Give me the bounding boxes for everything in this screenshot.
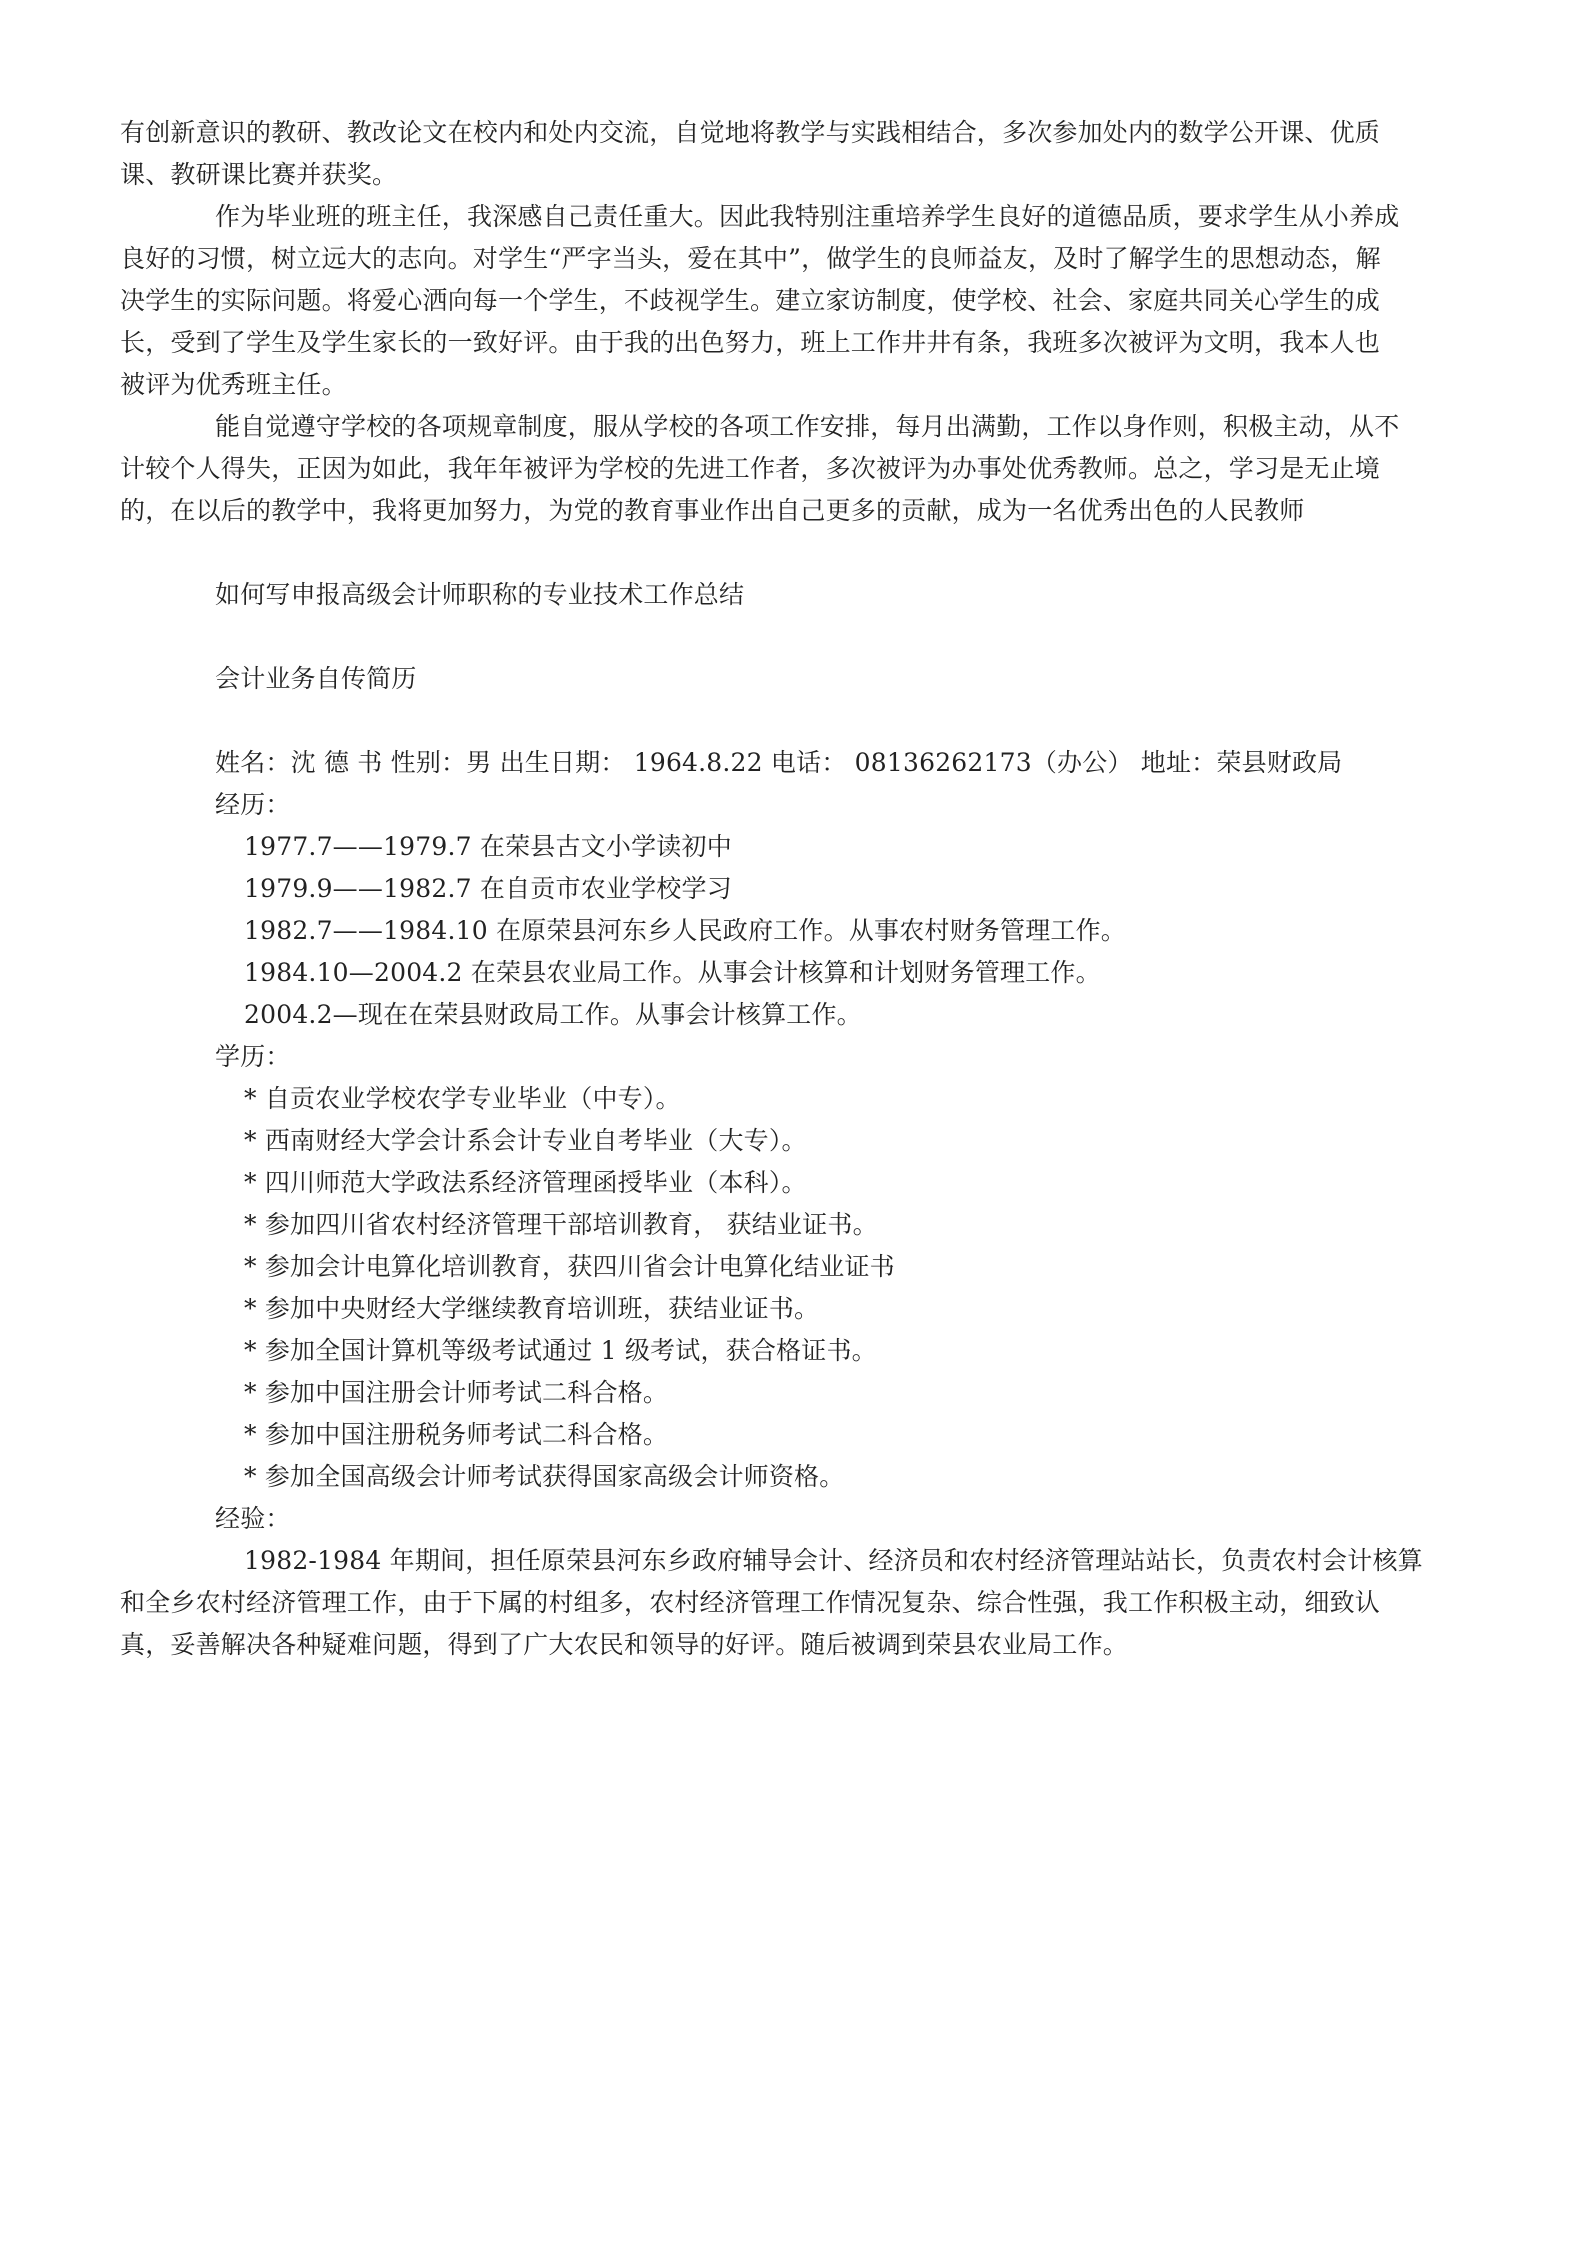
education-item: * 参加全国计算机等级考试通过 1 级考试，获合格证书。 <box>244 1336 877 1366</box>
education-item: * 参加中国注册税务师考试二科合格。 <box>244 1420 668 1450</box>
education-item: * 参加会计电算化培训教育，获四川省会计电算化结业证书 <box>244 1252 895 1282</box>
history-item: 1982.7——1984.10 在原荣县河东乡人民政府工作。从事农村财务管理工作… <box>244 916 1126 946</box>
experience-line: 和全乡农村经济管理工作，由于下属的村组多，农村经济管理工作情况复杂、综合性强，我… <box>120 1588 1380 1618</box>
history-item: 1977.7——1979.7 在荣县古文小学读初中 <box>244 832 732 862</box>
heading-experience: 经历： <box>215 790 291 820</box>
education-item: * 参加中央财经大学继续教育培训班，获结业证书。 <box>244 1294 819 1324</box>
heading-work-experience: 经验： <box>215 1504 291 1534</box>
paragraph-line: 被评为优秀班主任。 <box>120 370 347 400</box>
paragraph-line: 的，在以后的教学中，我将更加努力，为党的教育事业作出自己更多的贡献，成为一名优秀… <box>120 496 1304 526</box>
paragraph-line: 计较个人得失，正因为如此，我年年被评为学校的先进工作者，多次被评为办事处优秀教师… <box>120 454 1380 484</box>
education-item: * 四川师范大学政法系经济管理函授毕业（本科）。 <box>244 1168 807 1198</box>
education-item: * 参加四川省农村经济管理干部培训教育， 获结业证书。 <box>244 1210 878 1240</box>
education-item: * 参加全国高级会计师考试获得国家高级会计师资格。 <box>244 1462 844 1492</box>
paragraph-line: 能自觉遵守学校的各项规章制度，服从学校的各项工作安排，每月出满勤，工作以身作则，… <box>215 412 1399 442</box>
history-item: 2004.2—现在在荣县财政局工作。从事会计核算工作。 <box>244 1000 862 1030</box>
paragraph-line: 长，受到了学生及学生家长的一致好评。由于我的出色努力，班上工作井井有条，我班多次… <box>120 328 1380 358</box>
personal-info: 姓名：沈 德 书 性别：男 出生日期： 1964.8.22 电话： 081362… <box>215 748 1342 778</box>
paragraph-line: 作为毕业班的班主任，我深感自己责任重大。因此我特别注重培养学生良好的道德品质，要… <box>215 202 1399 232</box>
section-title: 如何写申报高级会计师职称的专业技术工作总结 <box>215 580 744 610</box>
history-item: 1984.10—2004.2 在荣县农业局工作。从事会计核算和计划财务管理工作。 <box>244 958 1101 988</box>
heading-education: 学历： <box>215 1042 291 1072</box>
history-item: 1979.9——1982.7 在自贡市农业学校学习 <box>244 874 732 904</box>
document-page: 有创新意识的教研、教改论文在校内和处内交流，自觉地将教学与实践相结合，多次参加处… <box>0 0 1594 2252</box>
paragraph-line: 有创新意识的教研、教改论文在校内和处内交流，自觉地将教学与实践相结合，多次参加处… <box>120 118 1380 148</box>
section-subtitle: 会计业务自传简历 <box>215 664 417 694</box>
education-item: * 参加中国注册会计师考试二科合格。 <box>244 1378 668 1408</box>
paragraph-line: 课、教研课比赛并获奖。 <box>120 160 397 190</box>
education-item: * 自贡农业学校农学专业毕业（中专）。 <box>244 1084 681 1114</box>
education-item: * 西南财经大学会计系会计专业自考毕业（大专）。 <box>244 1126 807 1156</box>
experience-line: 真，妥善解决各种疑难问题，得到了广大农民和领导的好评。随后被调到荣县农业局工作。 <box>120 1630 1128 1660</box>
paragraph-line: 良好的习惯，树立远大的志向。对学生“严字当头，爱在其中”，做学生的良师益友，及时… <box>120 244 1381 274</box>
paragraph-line: 决学生的实际问题。将爱心洒向每一个学生，不歧视学生。建立家访制度，使学校、社会、… <box>120 286 1380 316</box>
experience-line: 1982-1984 年期间，担任原荣县河东乡政府辅导会计、经济员和农村经济管理站… <box>244 1546 1423 1576</box>
